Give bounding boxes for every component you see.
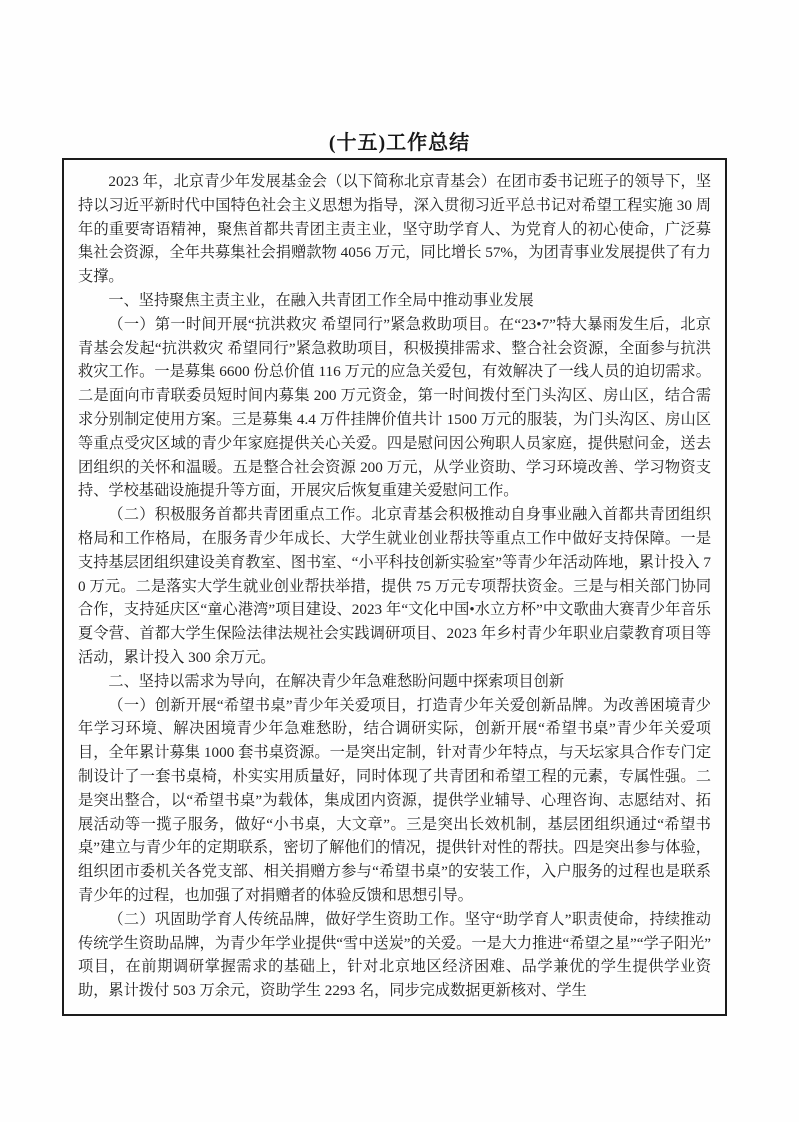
document-body: 2023 年，北京青少年发展基金会（以下简称北京青基会）在团市委书记班子的领导下… <box>62 158 727 1016</box>
paragraph: 2023 年，北京青少年发展基金会（以下简称北京青基会）在团市委书记班子的领导下… <box>78 170 711 289</box>
section-heading: 二、坚持以需求为导向，在解决青少年急难愁盼问题中探索项目创新 <box>78 670 711 694</box>
paragraph: （二）巩固助学育人传统品牌，做好学生资助工作。坚守“助学育人”职责使命，持续推动… <box>78 908 711 1003</box>
paragraph: （二）积极服务首都共青团重点工作。北京青基会积极推动自身事业融入首都共青团组织格… <box>78 503 711 670</box>
document-page: (十五)工作总结 2023 年，北京青少年发展基金会（以下简称北京青基会）在团市… <box>0 0 799 1122</box>
paragraph: （一）创新开展“希望书桌”青少年关爱项目，打造青少年关爱创新品牌。为改善困境青少… <box>78 694 711 908</box>
section-heading: 一、坚持聚焦主责主业，在融入共青团工作全局中推动事业发展 <box>78 289 711 313</box>
page-title: (十五)工作总结 <box>0 126 799 155</box>
paragraph: （一）第一时间开展“抗洪救灾 希望同行”紧急救助项目。在“23•7”特大暴雨发生… <box>78 313 711 503</box>
